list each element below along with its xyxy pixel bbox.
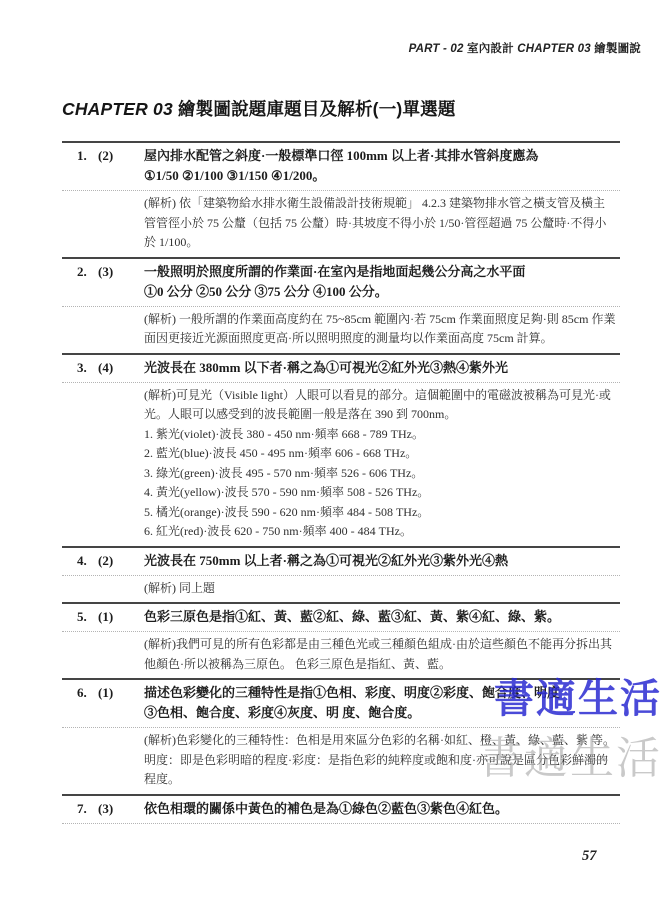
question-text: 色彩三原色是指①紅、黃、藍②紅、綠、藍③紅、黃、紫④紅、綠、紫。 [144,607,620,627]
explanation-line: (解析) 同上題 [144,579,616,599]
question-row: 6. (1) 描述色彩變化的三種特性是指①色相、彩度、明度②彩度、飽合度、明度③… [62,680,620,727]
page-title-cjk: 繪製圖說題庫題目及解析(一)單選題 [178,99,456,119]
question-number: 5. [62,607,98,627]
question-answer: (3) [98,262,144,282]
explanation-line: 2. 藍光(blue)·波長 450 - 495 nm·頻率 606 - 668… [144,444,616,464]
explanation-line: 4. 黃光(yellow)·波長 570 - 590 nm·頻率 508 - 5… [144,483,616,503]
question-text-line: 色彩三原色是指①紅、黃、藍②紅、綠、藍③紅、黃、紫④紅、綠、紫。 [144,607,620,627]
explanation-line: (解析) 一般所謂的作業面高度約在 75~85cm 範圍內·若 75cm 作業面… [144,310,616,349]
question-explanation: (解析) 同上題 [62,575,620,603]
explanation-line: (解析)我們可見的所有色彩都是由三種色光或三種顏色組成·由於這些顏色不能再分拆出… [144,635,616,674]
question-answer: (3) [98,799,144,819]
running-header-segment: PART - 02 [409,43,467,55]
question-text: 描述色彩變化的三種特性是指①色相、彩度、明度②彩度、飽合度、明度③色相、飽合度、… [144,683,620,723]
question-row: 7. (3) 依色相環的關係中黃色的補色是為①綠色②藍色③紫色④紅色。 [62,796,620,823]
question-explanation: (解析)我們可見的所有色彩都是由三種色光或三種顏色組成·由於這些顏色不能再分拆出… [62,631,620,678]
explanation-line: 6. 紅光(red)·波長 620 - 750 nm·頻率 400 - 484 … [144,522,616,542]
question-block: 3. (4) 光波長在 380mm 以下者·稱之為①可視光②紅外光③熱④紫外光 … [62,355,620,548]
question-text-line: ③色相、飽合度、彩度④灰度、明 度、飽合度。 [144,703,620,723]
question-row: 3. (4) 光波長在 380mm 以下者·稱之為①可視光②紅外光③熱④紫外光 [62,355,620,382]
question-number: 4. [62,551,98,571]
page-number: 57 [582,848,597,865]
question-block: 6. (1) 描述色彩變化的三種特性是指①色相、彩度、明度②彩度、飽合度、明度③… [62,680,620,796]
explanation-line: (解析)色彩變化的三種特性：色相是用來區分色彩的名稱·如紅、橙、黃、綠、藍、紫 … [144,731,616,790]
question-text: 屋內排水配管之斜度·一般標準口徑 100mm 以上者·其排水管斜度應為①1/50… [144,146,620,186]
explanation-line: (解析) 依「建築物給水排水衛生設備設計技術規範」 4.2.3 建築物排水管之橫… [144,194,616,253]
question-table: 1. (2) 屋內排水配管之斜度·一般標準口徑 100mm 以上者·其排水管斜度… [62,141,620,824]
question-answer: (2) [98,551,144,571]
question-text: 依色相環的關係中黃色的補色是為①綠色②藍色③紫色④紅色。 [144,799,620,819]
question-number: 1. [62,146,98,166]
question-text-line: 依色相環的關係中黃色的補色是為①綠色②藍色③紫色④紅色。 [144,799,620,819]
explanation-line: (解析)可見光（Visible light）人眼可以看見的部分。這個範圍中的電磁… [144,386,616,425]
question-answer: (1) [98,683,144,703]
question-text-line: ①0 公分 ②50 公分 ③75 公分 ④100 公分。 [144,282,620,302]
question-text-line: 描述色彩變化的三種特性是指①色相、彩度、明度②彩度、飽合度、明度 [144,683,620,703]
question-answer: (1) [98,607,144,627]
question-number: 7. [62,799,98,819]
question-row: 2. (3) 一般照明於照度所謂的作業面·在室內是指地面起幾公分高之水平面①0 … [62,259,620,306]
question-text-line: ①1/50 ②1/100 ③1/150 ④1/200。 [144,166,620,186]
question-row: 5. (1) 色彩三原色是指①紅、黃、藍②紅、綠、藍③紅、黃、紫④紅、綠、紫。 [62,604,620,631]
question-number: 3. [62,358,98,378]
question-block: 7. (3) 依色相環的關係中黃色的補色是為①綠色②藍色③紫色④紅色。 [62,796,620,824]
running-header: PART - 02 室內設計 CHAPTER 03 繪製圖說 [409,40,641,56]
running-header-segment: CHAPTER 03 [517,43,594,55]
running-header-segment: 繪製圖說 [594,43,641,55]
question-text: 一般照明於照度所謂的作業面·在室內是指地面起幾公分高之水平面①0 公分 ②50 … [144,262,620,302]
page-title: CHAPTER 03 繪製圖說題庫題目及解析(一)單選題 [62,96,456,121]
question-block: 4. (2) 光波長在 750mm 以上者·稱之為①可視光②紅外光③紫外光④熱 … [62,548,620,605]
question-explanation: (解析) 依「建築物給水排水衛生設備設計技術規範」 4.2.3 建築物排水管之橫… [62,190,620,257]
question-block: 5. (1) 色彩三原色是指①紅、黃、藍②紅、綠、藍③紅、黃、紫④紅、綠、紫。 … [62,604,620,680]
explanation-line: 5. 橘光(orange)·波長 590 - 620 nm·頻率 484 - 5… [144,503,616,523]
question-text-line: 屋內排水配管之斜度·一般標準口徑 100mm 以上者·其排水管斜度應為 [144,146,620,166]
page-title-latin: CHAPTER 03 [62,99,178,119]
question-explanation: (解析)可見光（Visible light）人眼可以看見的部分。這個範圍中的電磁… [62,382,620,546]
question-text-line: 光波長在 380mm 以下者·稱之為①可視光②紅外光③熱④紫外光 [144,358,620,378]
question-block: 1. (2) 屋內排水配管之斜度·一般標準口徑 100mm 以上者·其排水管斜度… [62,143,620,259]
question-text: 光波長在 750mm 以上者·稱之為①可視光②紅外光③紫外光④熱 [144,551,620,571]
question-row: 4. (2) 光波長在 750mm 以上者·稱之為①可視光②紅外光③紫外光④熱 [62,548,620,575]
question-explanation: (解析) 一般所謂的作業面高度約在 75~85cm 範圍內·若 75cm 作業面… [62,306,620,353]
question-block: 2. (3) 一般照明於照度所謂的作業面·在室內是指地面起幾公分高之水平面①0 … [62,259,620,355]
question-text-line: 光波長在 750mm 以上者·稱之為①可視光②紅外光③紫外光④熱 [144,551,620,571]
question-number: 2. [62,262,98,282]
question-text: 光波長在 380mm 以下者·稱之為①可視光②紅外光③熱④紫外光 [144,358,620,378]
explanation-line: 3. 綠光(green)·波長 495 - 570 nm·頻率 526 - 60… [144,464,616,484]
running-header-segment: 室內設計 [467,43,517,55]
question-answer: (4) [98,358,144,378]
question-answer: (2) [98,146,144,166]
explanation-line: 1. 紫光(violet)·波長 380 - 450 nm·頻率 668 - 7… [144,425,616,445]
question-number: 6. [62,683,98,703]
question-row: 1. (2) 屋內排水配管之斜度·一般標準口徑 100mm 以上者·其排水管斜度… [62,143,620,190]
question-text-line: 一般照明於照度所謂的作業面·在室內是指地面起幾公分高之水平面 [144,262,620,282]
question-explanation: (解析)色彩變化的三種特性：色相是用來區分色彩的名稱·如紅、橙、黃、綠、藍、紫 … [62,727,620,794]
